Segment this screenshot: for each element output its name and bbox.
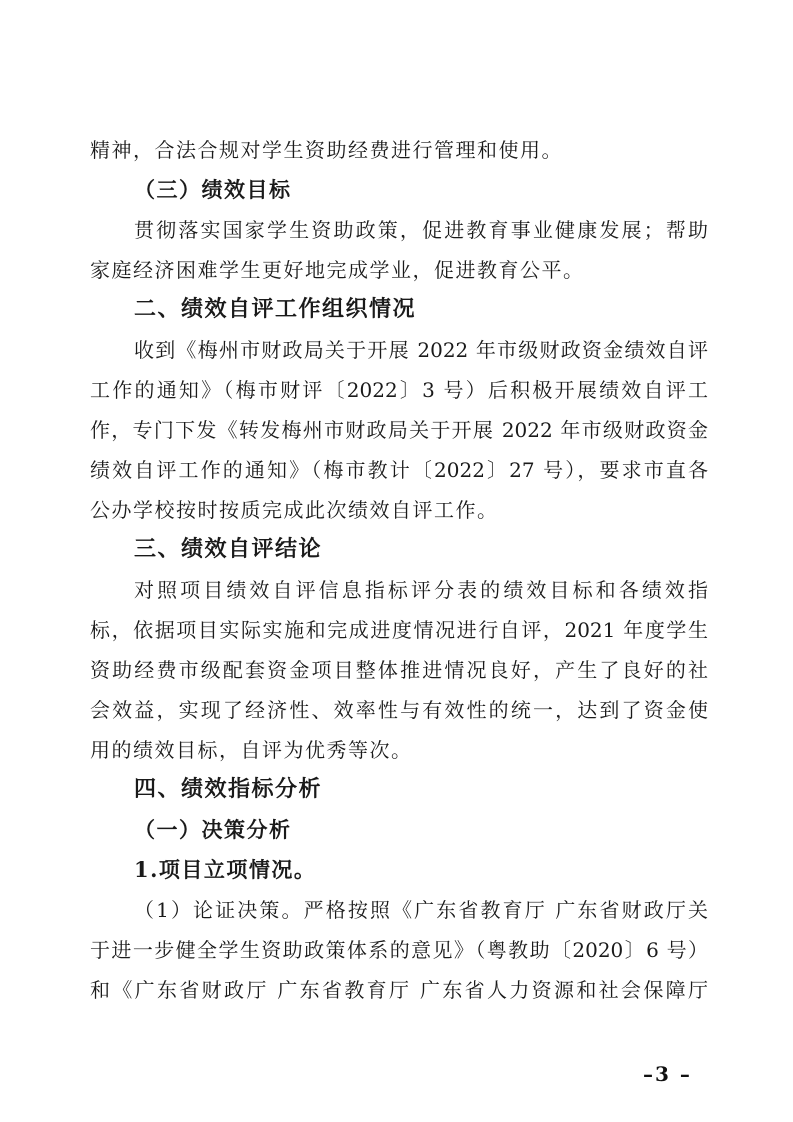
document-line: 公办学校按时按质完成此次绩效自评工作。 (90, 490, 708, 530)
heading-line: （一）决策分析 (90, 810, 708, 850)
heading-line: 三、绩效自评结论 (90, 530, 708, 570)
heading-line: （三）绩效目标 (90, 170, 708, 210)
page-number: –3 – (643, 1062, 692, 1086)
document-line: 于进一步健全学生资助政策体系的意见》（粤教助〔2020〕6 号） (90, 930, 708, 970)
document-page: 精神，合法合规对学生资助经费进行管理和使用。（三）绩效目标贯彻落实国家学生资助政… (0, 0, 793, 1122)
heading-line: 二、绩效自评工作组织情况 (90, 290, 708, 330)
document-line: 收到《梅州市财政局关于开展 2022 年市级财政资金绩效自评 (90, 330, 708, 370)
document-body: 精神，合法合规对学生资助经费进行管理和使用。（三）绩效目标贯彻落实国家学生资助政… (90, 130, 708, 1010)
document-line: 绩效自评工作的通知》（梅市教计〔2022〕27 号），要求市直各 (90, 450, 708, 490)
document-line: 贯彻落实国家学生资助政策，促进教育事业健康发展；帮助 (90, 210, 708, 250)
document-line: 家庭经济困难学生更好地完成学业，促进教育公平。 (90, 250, 708, 290)
document-line: 会效益，实现了经济性、效率性与有效性的统一，达到了资金使 (90, 690, 708, 730)
document-line: 资助经费市级配套资金项目整体推进情况良好，产生了良好的社 (90, 650, 708, 690)
document-line: （1）论证决策。严格按照《广东省教育厅 广东省财政厅关 (90, 890, 708, 930)
heading-line: 1.项目立项情况。 (90, 850, 708, 890)
heading-line: 四、绩效指标分析 (90, 770, 708, 810)
document-line: 精神，合法合规对学生资助经费进行管理和使用。 (90, 130, 708, 170)
document-line: 对照项目绩效自评信息指标评分表的绩效目标和各绩效指 (90, 570, 708, 610)
document-line: 用的绩效目标，自评为优秀等次。 (90, 730, 708, 770)
document-line: 工作的通知》（梅市财评〔2022〕3 号）后积极开展绩效自评工 (90, 370, 708, 410)
document-line: 标，依据项目实际实施和完成进度情况进行自评，2021 年度学生 (90, 610, 708, 650)
document-line: 和《广东省财政厅 广东省教育厅 广东省人力资源和社会保障厅 (90, 970, 708, 1010)
document-line: 作，专门下发《转发梅州市财政局关于开展 2022 年市级财政资金 (90, 410, 708, 450)
